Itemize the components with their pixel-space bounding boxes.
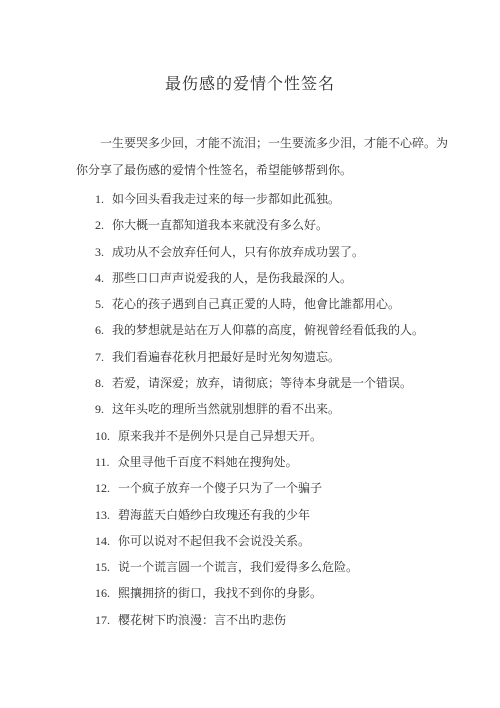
- list-item-text: 你大概一直都知道我本来就没有多么好。: [112, 212, 328, 238]
- list-item-text: 如今回头看我走过来的每一步都如此孤独。: [112, 186, 340, 212]
- list-item-number: 17.: [95, 607, 110, 633]
- list-item-number: 13.: [95, 502, 110, 528]
- list-item: 6. 我的梦想就是站在万人仰慕的高度，俯视曾经看低我的人。: [95, 317, 451, 343]
- list-item-text: 这年头吃的理所当然就别想胖的看不出来。: [112, 396, 340, 422]
- list-item-text: 一个疯子放弃一个傻子只为了一个骗子: [118, 475, 322, 501]
- list-item: 3. 成功从不会放弃任何人，只有你放弃成功罢了。: [95, 239, 451, 265]
- list-item-text: 说一个谎言圆一个谎言，我们爱得多么危险。: [118, 554, 358, 580]
- list-item: 12. 一个疯子放弃一个傻子只为了一个骗子: [95, 475, 451, 501]
- list-item: 9. 这年头吃的理所当然就别想胖的看不出来。: [95, 396, 451, 422]
- list-item-text: 花心的孩子遇到自己真正愛的人時，他會比誰都用心。: [112, 291, 400, 317]
- list-item-text: 我们看遍春花秋月把最好是时光匆匆遗忘。: [112, 344, 340, 370]
- list-item-number: 1.: [95, 186, 104, 212]
- list-item-number: 7.: [95, 344, 104, 370]
- list-item: 1. 如今回头看我走过来的每一步都如此孤独。: [95, 186, 451, 212]
- list-item: 5. 花心的孩子遇到自己真正愛的人時，他會比誰都用心。: [95, 291, 451, 317]
- list-item: 4. 那些口口声声说爱我的人，是伤我最深的人。: [95, 265, 451, 291]
- list-item-number: 6.: [95, 317, 104, 343]
- list-item-number: 9.: [95, 396, 104, 422]
- page-title: 最伤感的爱情个性签名: [0, 0, 500, 95]
- intro-paragraph: 一生要哭多少回，才能不流泪；一生要流多少泪，才能不心碎。为你分享了最伤感的爱情个…: [76, 130, 451, 184]
- list-item-text: 众里寻他千百度不料她在搜狗处。: [118, 449, 298, 475]
- list-item-number: 2.: [95, 212, 104, 238]
- list-item: 14. 你可以说对不起但我不会说没关系。: [95, 528, 451, 554]
- list-item-text: 若爱，请深爱；放弃，请彻底；等待本身就是一个错误。: [112, 370, 412, 396]
- list-item-text: 你可以说对不起但我不会说没关系。: [118, 528, 310, 554]
- list-item: 2. 你大概一直都知道我本来就没有多么好。: [95, 212, 451, 238]
- signature-list: 1. 如今回头看我走过来的每一步都如此孤独。 2. 你大概一直都知道我本来就没有…: [95, 186, 451, 633]
- document-page: 最伤感的爱情个性签名 一生要哭多少回，才能不流泪；一生要流多少泪，才能不心碎。为…: [0, 0, 500, 708]
- list-item-text: 原来我并不是例外只是自己异想天开。: [118, 423, 322, 449]
- list-item-number: 10.: [95, 423, 110, 449]
- list-item-number: 3.: [95, 239, 104, 265]
- list-item: 11. 众里寻他千百度不料她在搜狗处。: [95, 449, 451, 475]
- list-item-text: 樱花树下旳浪漫：言不出旳悲伤: [118, 607, 286, 633]
- list-item: 13. 碧海蓝天白婚纱白玫瑰还有我的少年: [95, 502, 451, 528]
- list-item: 15. 说一个谎言圆一个谎言，我们爱得多么危险。: [95, 554, 451, 580]
- list-item-text: 熙攘拥挤的街口，我找不到你的身影。: [118, 580, 322, 606]
- list-item-number: 5.: [95, 291, 104, 317]
- list-item: 10. 原来我并不是例外只是自己异想天开。: [95, 423, 451, 449]
- list-item-number: 11.: [95, 449, 110, 475]
- list-item-number: 14.: [95, 528, 110, 554]
- list-item-text: 那些口口声声说爱我的人，是伤我最深的人。: [112, 265, 352, 291]
- list-item: 16. 熙攘拥挤的街口，我找不到你的身影。: [95, 580, 451, 606]
- list-item-text: 成功从不会放弃任何人，只有你放弃成功罢了。: [112, 239, 364, 265]
- list-item-number: 16.: [95, 580, 110, 606]
- list-item: 17. 樱花树下旳浪漫：言不出旳悲伤: [95, 607, 451, 633]
- list-item-number: 12.: [95, 475, 110, 501]
- list-item: 7. 我们看遍春花秋月把最好是时光匆匆遗忘。: [95, 344, 451, 370]
- list-item-number: 15.: [95, 554, 110, 580]
- document-body: 一生要哭多少回，才能不流泪；一生要流多少泪，才能不心碎。为你分享了最伤感的爱情个…: [76, 130, 451, 633]
- list-item-number: 8.: [95, 370, 104, 396]
- list-item: 8. 若爱，请深爱；放弃，请彻底；等待本身就是一个错误。: [95, 370, 451, 396]
- list-item-text: 我的梦想就是站在万人仰慕的高度，俯视曾经看低我的人。: [112, 317, 424, 343]
- list-item-text: 碧海蓝天白婚纱白玫瑰还有我的少年: [118, 502, 310, 528]
- list-item-number: 4.: [95, 265, 104, 291]
